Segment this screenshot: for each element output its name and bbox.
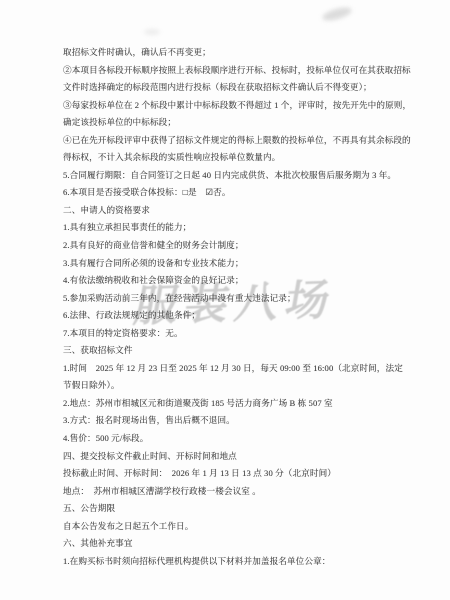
doc-line: 3.具有履行合同所必须的设备和专业技术能力； <box>63 255 397 273</box>
doc-section-heading: 三、获取招标文件 <box>63 342 397 360</box>
doc-line: 投标截止时间、开标时间： 2026 年 1 月 13 日 13 点 30 分（北… <box>63 465 397 483</box>
doc-line: 4.售价：500 元/标段。 <box>63 430 397 448</box>
doc-line: 节假日除外）。 <box>63 377 397 395</box>
doc-line: 得标权，不计入其余标段的实质性响应投标单位数量内。 <box>63 149 397 167</box>
doc-line: 5.参加采购活动前三年内，在经营活动中没有重大违法记录； <box>63 290 397 308</box>
doc-section-heading: 六、其他补充事宜 <box>63 535 397 553</box>
doc-line: 2.具有良好的商业信誉和健全的财务会计制度； <box>63 237 397 255</box>
doc-line: 1.在购买标书时须向招标代理机构提供以下材料并加盖报名单位公章： <box>63 553 397 571</box>
document-body: 取招标文件时确认，确认后不再变更； ②本项目各标段开标顺序按照上表标段顺序进行开… <box>63 44 397 570</box>
doc-line: 自本公告发布之日起五个工作日。 <box>63 518 397 536</box>
document-page: 服装八场 取招标文件时确认，确认后不再变更； ②本项目各标段开标顺序按照上表标段… <box>0 0 450 600</box>
doc-line: 7.本项目的特定资格要求：无。 <box>63 325 397 343</box>
doc-line: 5.合同履行期限：自合同签订之日起 40 日内完成供货、本批次校服售后服务期为 … <box>63 167 397 185</box>
scan-smudge-artifact <box>144 29 160 35</box>
doc-section-heading: 五、公告期限 <box>63 500 397 518</box>
doc-line: 6.法律、行政法规规定的其他条件； <box>63 307 397 325</box>
doc-line: 4.有依法缴纳税收和社会保障资金的良好记录； <box>63 272 397 290</box>
doc-line: 文件时选择确定的标段范围内进行投标（标段在获取招标文件确认后不得变更）； <box>63 79 397 97</box>
doc-line: 1.具有独立承担民事责任的能力； <box>63 219 397 237</box>
doc-line: ③每家投标单位在 2 个标段中累计中标标段数不得超过 1 个，评审时，按先开先中… <box>63 97 397 115</box>
doc-line: 取招标文件时确认，确认后不再变更； <box>63 44 397 62</box>
doc-line: 地点： 苏州市相城区漕湖学校行政楼一楼会议室 。 <box>63 483 397 501</box>
doc-line: ④已在先开标段评审中获得了招标文件规定的得标上限数的投标单位，不再具有其余标段的 <box>63 132 397 150</box>
doc-line: 2.地点：苏州市相城区元和街道聚茂街 185 号活力商务广场 B 栋 507 室 <box>63 395 397 413</box>
doc-line: 1.时间 2025 年 12 月 23 日至 2025 年 12 月 30 日，… <box>63 360 397 378</box>
doc-section-heading: 二、申请人的资格要求 <box>63 202 397 220</box>
doc-line-joint-bid-checkboxes: 6.本项目是否接受联合体投标：□是 ☑否。 <box>63 184 397 202</box>
doc-line: 确定该投标单位的中标标段； <box>63 114 397 132</box>
doc-section-heading: 四、提交投标文件截止时间、开标时间和地点 <box>63 448 397 466</box>
doc-line: 3.方式：报名时现场出售，售出后概不退回。 <box>63 412 397 430</box>
scan-smudge-artifact <box>321 5 353 23</box>
doc-line: ②本项目各标段开标顺序按照上表标段顺序进行开标、投标时，投标单位仅可在其获取招标 <box>63 62 397 80</box>
